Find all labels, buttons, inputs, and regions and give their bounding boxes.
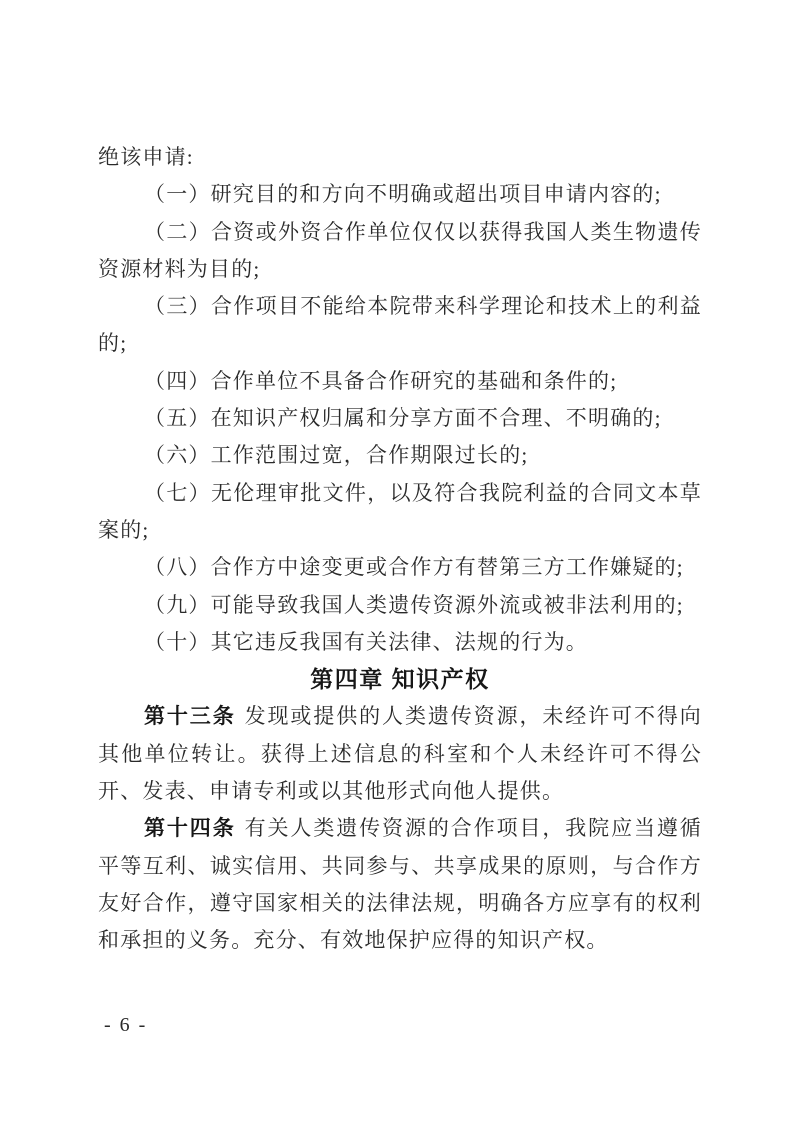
list-item-6: （六）工作范围过宽，合作期限过长的; bbox=[98, 437, 702, 474]
paragraph-continuation: 绝该申请: bbox=[98, 139, 702, 176]
list-item-2: （二）合资或外资合作单位仅仅以获得我国人类生物遗传资源材料为目的; bbox=[98, 214, 702, 289]
document-page: 绝该申请: （一）研究目的和方向不明确或超出项目申请内容的; （二）合资或外资合… bbox=[0, 0, 794, 1123]
list-item-10: （十）其它违反我国有关法律、法规的行为。 bbox=[98, 624, 702, 661]
document-body: 绝该申请: （一）研究目的和方向不明确或超出项目申请内容的; （二）合资或外资合… bbox=[98, 139, 702, 960]
list-item-8: （八）合作方中途变更或合作方有替第三方工作嫌疑的; bbox=[98, 549, 702, 586]
list-item-7: （七）无伦理审批文件，以及符合我院利益的合同文本草案的; bbox=[98, 475, 702, 550]
page-number: - 6 - bbox=[104, 1014, 147, 1037]
list-item-5: （五）在知识产权归属和分享方面不合理、不明确的; bbox=[98, 400, 702, 437]
article-14-paragraph: 第十四条有关人类遗传资源的合作项目，我院应当遵循平等互利、诚实信用、共同参与、共… bbox=[98, 810, 702, 959]
list-item-3: （三）合作项目不能给本院带来科学理论和技术上的利益的; bbox=[98, 288, 702, 363]
chapter-heading: 第四章 知识产权 bbox=[98, 661, 702, 698]
list-item-9: （九）可能导致我国人类遗传资源外流或被非法利用的; bbox=[98, 587, 702, 624]
article-13-paragraph: 第十三条发现或提供的人类遗传资源，未经许可不得向其他单位转让。获得上述信息的科室… bbox=[98, 698, 702, 810]
list-item-1: （一）研究目的和方向不明确或超出项目申请内容的; bbox=[98, 176, 702, 213]
list-item-4: （四）合作单位不具备合作研究的基础和条件的; bbox=[98, 363, 702, 400]
article-13-label: 第十三条 bbox=[144, 705, 236, 728]
article-14-label: 第十四条 bbox=[144, 817, 236, 840]
